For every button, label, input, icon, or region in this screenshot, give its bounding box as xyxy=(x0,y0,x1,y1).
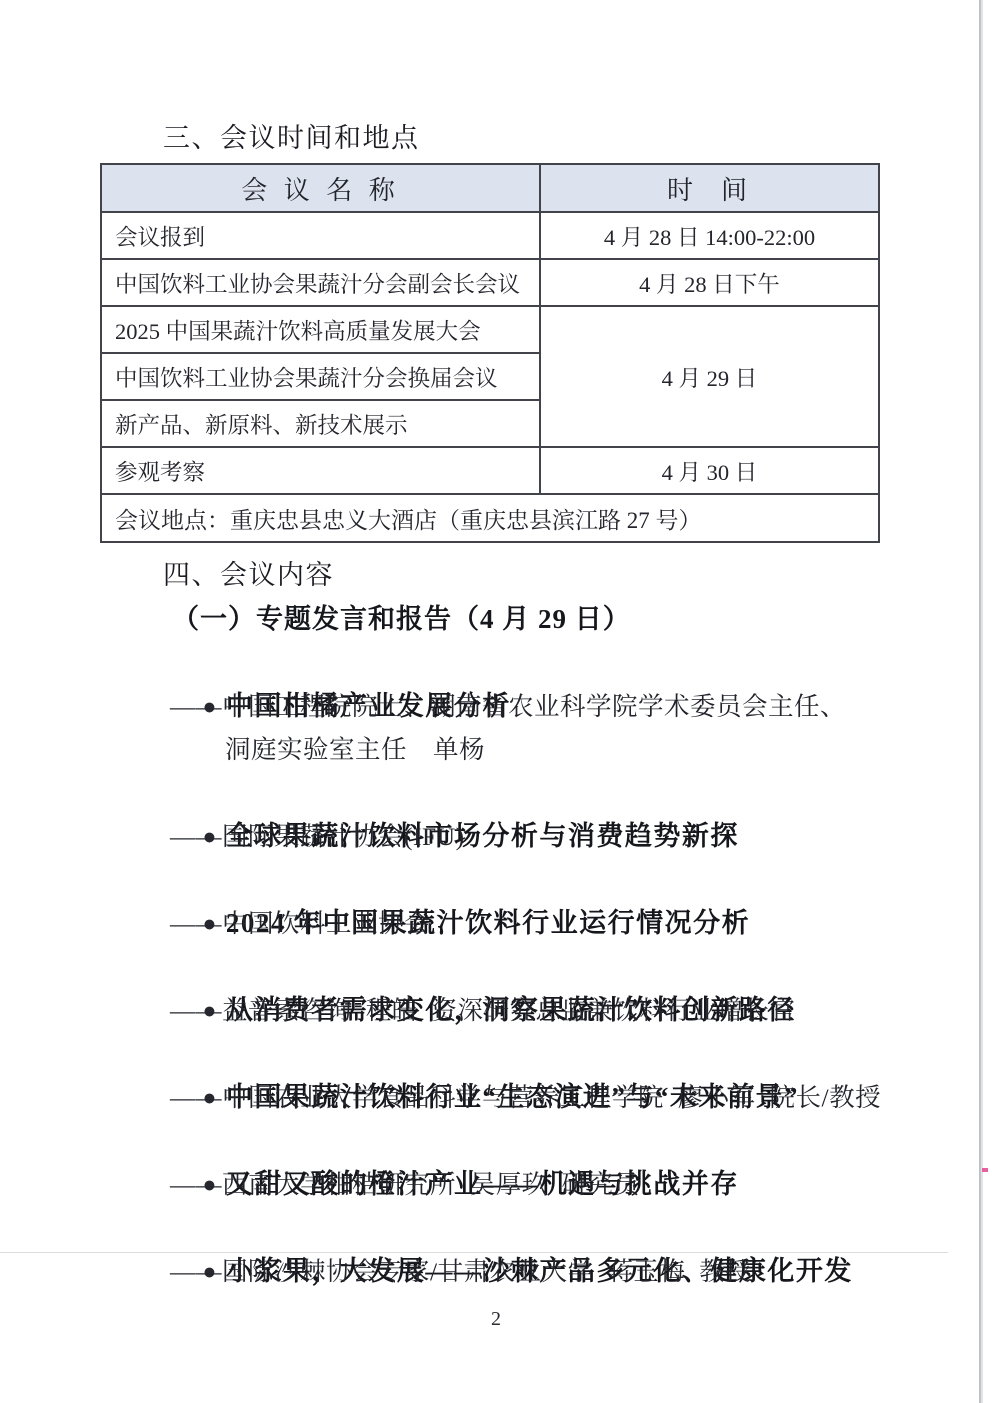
meeting-name-cell: 新产品、新原料、新技术展示 xyxy=(101,400,540,447)
talk-title-1: ●中国柑橘产业发展分析 xyxy=(0,641,992,685)
column-header-time: 时 间 xyxy=(540,164,879,212)
meeting-name-cell: 中国饮料工业协会果蔬汁分会换届会议 xyxy=(101,353,540,400)
section-meeting-content: 四、会议内容 （一）专题发言和报告（4 月 29 日） ●中国柑橘产业发展分析 … xyxy=(0,554,992,1294)
talk-title-2: ●全球果蔬汁饮料市场分析与消费趋势新探 xyxy=(0,772,992,816)
venue-cell: 会议地点：重庆忠县忠义大酒店（重庆忠县滨江路 27 号） xyxy=(101,494,879,542)
talk-title-5: ●中国果蔬汁饮料行业“生态演进”与“未来前景” xyxy=(0,1033,992,1077)
venue-row: 会议地点：重庆忠县忠义大酒店（重庆忠县滨江路 27 号） xyxy=(101,494,879,542)
meeting-time-cell: 4 月 30 日 xyxy=(540,447,879,494)
table-header-row: 会 议 名 称 时 间 xyxy=(101,164,879,212)
talk-speaker-1-continued: 洞庭实验室主任 单杨 xyxy=(0,728,992,772)
talk-title-3: ●2024 年中国果蔬汁饮料行业运行情况分析 xyxy=(0,859,992,903)
talk-speaker-1: ——中国工程院院士、湖南省农业科学院学术委员会主任、 xyxy=(0,685,992,729)
table-row: 会议报到 4 月 28 日 14:00-22:00 xyxy=(101,212,879,259)
page-number: 2 xyxy=(0,1308,992,1331)
meeting-schedule-table: 会 议 名 称 时 间 会议报到 4 月 28 日 14:00-22:00 中国… xyxy=(100,163,880,543)
section4-subheading: （一）专题发言和报告（4 月 29 日） xyxy=(0,598,992,642)
scan-vertical-line-light xyxy=(981,0,983,1403)
talk-title-4: ●从消费者需求变化，洞察果蔬汁饮料创新路径 xyxy=(0,946,992,990)
meeting-time-cell: 4 月 28 日 14:00-22:00 xyxy=(540,212,879,259)
meeting-name-cell: 中国饮料工业协会果蔬汁分会副会长会议 xyxy=(101,259,540,306)
scan-horizontal-line xyxy=(0,1252,948,1253)
table-row: 2025 中国果蔬汁饮料高质量发展大会 4 月 29 日 xyxy=(101,306,879,353)
talk-title-7: ●小浆果，大发展——沙棘产品多元化、健康化开发 xyxy=(0,1207,992,1251)
section3-heading: 三、会议时间和地点 xyxy=(163,118,420,158)
talk-speaker-4: ——益普索咨询 程皓 资深研究总监兼饮料行业增长官 xyxy=(0,989,992,1033)
column-header-meeting-name: 会 议 名 称 xyxy=(101,164,540,212)
scan-pink-mark xyxy=(982,1168,988,1172)
scanned-document-page: 三、会议时间和地点 会 议 名 称 时 间 会议报到 4 月 28 日 14:0… xyxy=(0,0,992,1403)
table-row: 参观考察 4 月 30 日 xyxy=(101,447,879,494)
meeting-name-cell: 2025 中国果蔬汁饮料高质量发展大会 xyxy=(101,306,540,353)
talk-speaker-6: ——西南大学柑桔研究所 吴厚玖 研究员 xyxy=(0,1163,992,1207)
talk-speaker-5: ——中国农业大学食品科学与营养工程学院 廖小军 院长/教授 xyxy=(0,1076,992,1120)
table-row: 中国饮料工业协会果蔬汁分会副会长会议 4 月 28 日下午 xyxy=(101,259,879,306)
section4-heading: 四、会议内容 xyxy=(0,554,992,598)
meeting-name-cell: 会议报到 xyxy=(101,212,540,259)
meeting-name-cell: 参观考察 xyxy=(101,447,540,494)
meeting-time-cell: 4 月 28 日下午 xyxy=(540,259,879,306)
meeting-time-cell-merged: 4 月 29 日 xyxy=(540,306,879,447)
talk-title-6: ●又甜又酸的橙汁产业——机遇与挑战并存 xyxy=(0,1120,992,1164)
